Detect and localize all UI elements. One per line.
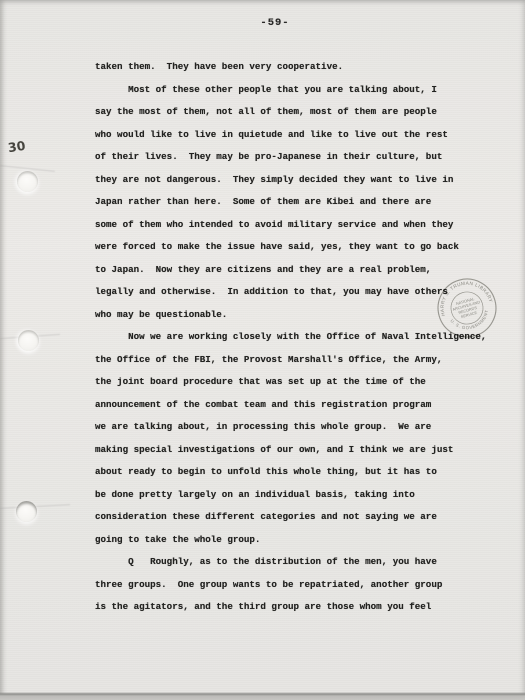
text-line: some of them who intended to avoid milit… (95, 214, 495, 237)
page-bottom-edge (0, 692, 525, 700)
margin-note: 30 (7, 138, 27, 156)
punch-hole (17, 171, 38, 192)
text-line: Now we are working closely with the Offi… (95, 326, 495, 349)
text-line: to Japan. Now they are citizens and they… (95, 259, 495, 282)
text-line: Q Roughly, as to the distribution of the… (95, 551, 495, 574)
text-line: who would like to live in quietude and l… (95, 124, 495, 147)
text-line: about ready to begin to unfold this whol… (95, 461, 495, 484)
text-line: making special investigations of our own… (95, 439, 495, 462)
punch-hole (16, 501, 37, 522)
text-line: of their lives. They may be pro-Japanese… (95, 146, 495, 169)
text-line: Japan rather than here. Some of them are… (95, 191, 495, 214)
punch-hole (18, 330, 39, 351)
text-line: the joint board procedure that was set u… (95, 371, 495, 394)
text-line: we are talking about, in processing this… (95, 416, 495, 439)
text-line: were forced to make the issue have said,… (95, 236, 495, 259)
text-line: three groups. One group wants to be repa… (95, 574, 495, 597)
text-line: they are not dangerous. They simply deci… (95, 169, 495, 192)
text-line: Most of these other people that you are … (95, 79, 495, 102)
document-page: -59- 30 taken them. They have been very … (0, 0, 525, 700)
text-line: taken them. They have been very cooperat… (95, 56, 495, 79)
text-line: consideration these different categories… (95, 506, 495, 529)
text-line: is the agitators, and the third group ar… (95, 596, 495, 619)
text-line: say the most of them, not all of them, m… (95, 101, 495, 124)
text-line: announcement of the combat team and this… (95, 394, 495, 417)
text-line: be done pretty largely on an individual … (95, 484, 495, 507)
text-line: going to take the whole group. (95, 529, 495, 552)
text-line: the Office of the FBI, the Provost Marsh… (95, 349, 495, 372)
page-number: -59- (0, 17, 525, 29)
typed-text-block: taken them. They have been very cooperat… (95, 56, 495, 619)
